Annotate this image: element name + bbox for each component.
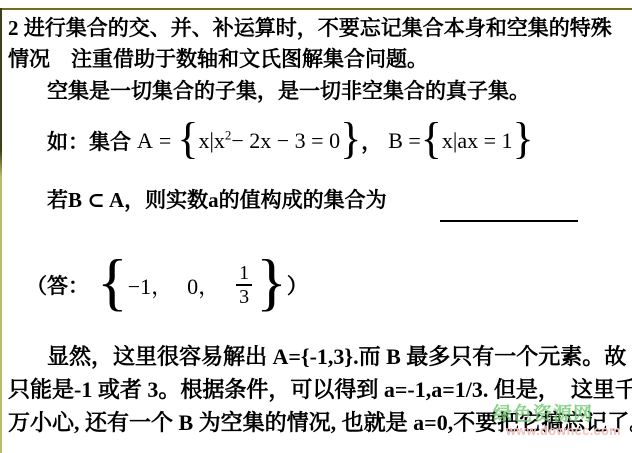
close-brace-b: } <box>513 117 534 161</box>
answer-row: （答： { −1， 0， 1 3 } ） <box>26 250 308 320</box>
question-line: 若B ⊂ A，则实数a的值构成的集合为 <box>47 187 387 213</box>
answer-item-1: −1， <box>128 270 173 301</box>
top-border-rule <box>0 8 632 10</box>
set-b-body: x|ax = 1 <box>442 128 513 154</box>
set-a-body: x|x2− 2x − 3 = 0 <box>198 128 340 154</box>
close-brace-a: } <box>340 117 361 161</box>
answer-suffix-label: ） <box>287 270 308 300</box>
fraction-denominator: 3 <box>236 284 252 308</box>
example-formula-row: 如：集合 A = { x|x2− 2x − 3 = 0 } ， B = { x|… <box>47 116 534 166</box>
equals-sign-a: = <box>159 128 171 154</box>
set-a-equation-tail: − 2x − 3 = 0 <box>231 128 340 153</box>
heading-line-1: 2 进行集合的交、并、补运算时，不要忘记集合本身和空集的特殊 <box>8 15 612 41</box>
formula-separator-comma: ， <box>361 126 382 156</box>
set-b-lead: B = <box>388 128 421 154</box>
answer-fraction: 1 3 <box>236 262 252 308</box>
set-a-name: A <box>137 128 153 154</box>
open-brace-b: { <box>421 117 442 161</box>
answer-open-brace: { <box>97 250 128 314</box>
fraction-numerator: 1 <box>236 262 252 284</box>
heading-line-2: 情况 注重借助于数轴和文氏图解集合问题。 <box>8 46 428 72</box>
left-border-rule <box>0 8 2 453</box>
watermark-site-url: www.downcc.com <box>506 424 621 438</box>
answer-blank-underline <box>440 202 578 222</box>
solution-line-1: 显然，这里很容易解出 A={-1,3}.而 B 最多只有一个元素。故 B <box>47 343 632 371</box>
watermark-site-name: 绿色资源网 <box>493 399 593 426</box>
set-a-expression: x|x <box>198 128 224 153</box>
answer-item-2: 0， <box>187 270 220 301</box>
subset-statement-line: 空集是一切集合的子集，是一切非空集合的真子集。 <box>47 78 530 104</box>
example-intro-label: 如：集合 <box>47 126 131 156</box>
open-brace-a: { <box>177 117 198 161</box>
answer-prefix-label: （答： <box>26 270 89 300</box>
answer-close-brace: } <box>256 250 287 314</box>
document-page: 2 进行集合的交、并、补运算时，不要忘记集合本身和空集的特殊 情况 注重借助于数… <box>0 0 632 453</box>
